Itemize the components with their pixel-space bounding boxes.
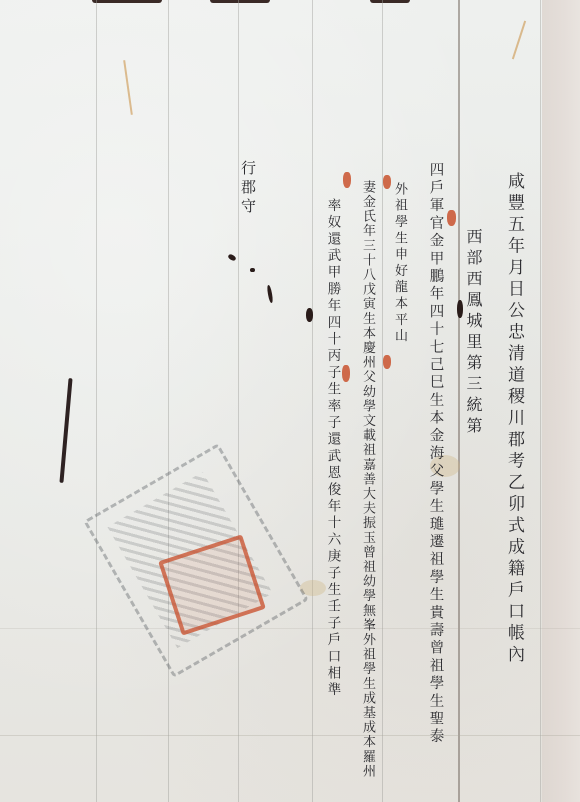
brush-flourish <box>227 253 236 261</box>
fold-line <box>96 0 97 802</box>
register-title-column: 咸豐五年月日公忠清道稷川郡考乙卯式成籍戶口帳內 <box>505 172 522 667</box>
red-check-mark <box>383 355 391 369</box>
fold-line-horizontal <box>0 735 580 736</box>
household-head-column: 四戶軍官金甲鵬年四十七己巳生本金海父學生璡遷祖學生貴壽曾祖學生聖泰 <box>428 162 443 746</box>
top-binding-mark <box>210 0 270 3</box>
fold-line <box>312 0 313 802</box>
red-check-mark <box>342 365 350 382</box>
fold-line-horizontal <box>0 628 580 629</box>
paper-tear <box>59 378 72 483</box>
ink-mark <box>306 308 313 322</box>
ink-mark <box>457 300 463 318</box>
household-register-document: 咸豐五年月日公忠清道稷川郡考乙卯式成籍戶口帳內 西部西鳳城里第三統第 四戶軍官金… <box>0 0 580 802</box>
red-check-mark <box>343 172 351 188</box>
fold-line <box>540 0 541 802</box>
red-check-mark <box>383 175 391 189</box>
maternal-grandfather-column: 外祖學生申好龍本平山 <box>393 182 406 345</box>
fold-line <box>238 0 239 802</box>
fold-line <box>168 0 169 802</box>
top-binding-mark <box>370 0 410 3</box>
fold-line <box>382 0 383 802</box>
aged-paper-edge <box>542 0 580 802</box>
magistrate-signature-column: 行郡守 <box>240 160 255 217</box>
paper-fiber <box>123 60 133 115</box>
red-check-mark <box>447 210 456 226</box>
brush-flourish <box>250 268 255 272</box>
paper-fiber <box>512 21 526 60</box>
wife-column: 妻金氏年三十八戊寅生本慶州父幼學文載祖嘉善大夫振玉曾祖幼學無峯外祖學生成基成本羅… <box>361 180 374 779</box>
top-binding-mark <box>92 0 162 3</box>
household-members-column: 率奴還武甲勝年四十丙子生率子還武恩俊年十六庚子生壬子戶口相準 <box>325 198 339 699</box>
fold-line <box>458 0 460 802</box>
brush-flourish <box>266 285 273 303</box>
address-column: 西部西鳳城里第三統第 <box>465 228 481 438</box>
